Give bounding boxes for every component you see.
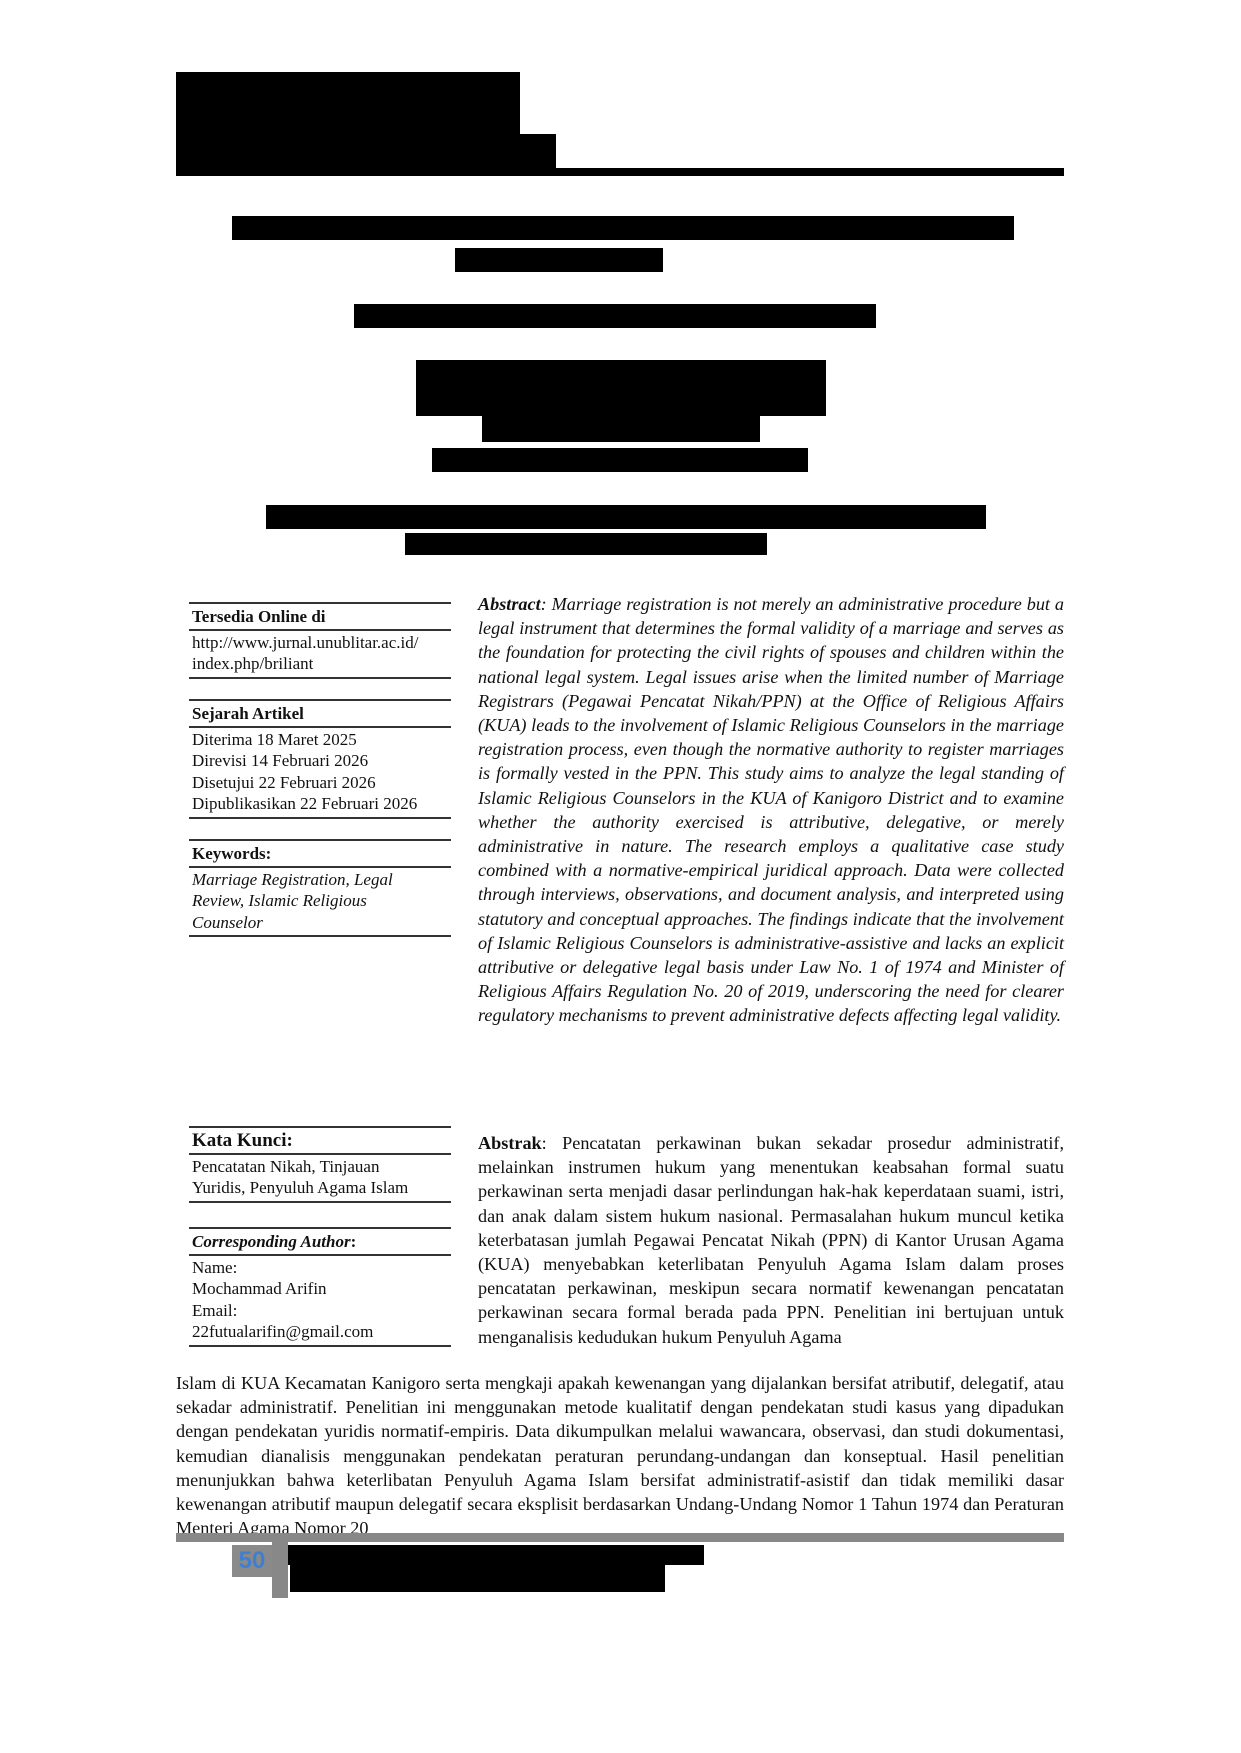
kata-kunci-line: Pencatatan Nikah, Tinjauan bbox=[192, 1156, 448, 1178]
author-email-label: Email: bbox=[192, 1300, 448, 1322]
abstrak-label: Abstrak bbox=[478, 1133, 542, 1153]
heading-colon: : bbox=[351, 1232, 357, 1251]
header-rule bbox=[176, 168, 1064, 176]
keywords-line: Review, Islamic Religious bbox=[192, 890, 448, 912]
footer-bar bbox=[176, 1533, 1064, 1542]
kata-kunci-line: Yuridis, Penyuluh Agama Islam bbox=[192, 1177, 448, 1199]
author-email[interactable]: 22futualarifin@gmail.com bbox=[192, 1321, 448, 1343]
history-revised: Direvisi 14 Februari 2026 bbox=[192, 750, 448, 772]
history-accepted: Disetujui 22 Februari 2026 bbox=[192, 772, 448, 794]
article-history-box: Sejarah Artikel Diterima 18 Maret 2025 D… bbox=[189, 699, 451, 819]
abstract-english: Abstract: Marriage registration is not m… bbox=[478, 592, 1064, 1028]
abstract-label: Abstract bbox=[478, 594, 541, 614]
abstract-indonesian-continued: Islam di KUA Kecamatan Kanigoro serta me… bbox=[176, 1371, 1064, 1540]
footer-vertical-bar bbox=[272, 1542, 288, 1598]
history-published: Dipublikasikan 22 Februari 2026 bbox=[192, 793, 448, 815]
corresponding-author-label: Corresponding Author bbox=[192, 1232, 351, 1251]
kata-kunci-box: Kata Kunci: Pencatatan Nikah, Tinjauan Y… bbox=[189, 1126, 451, 1203]
page-number: 50 bbox=[232, 1545, 272, 1577]
corresponding-author-box: Corresponding Author: Name: Mochammad Ar… bbox=[189, 1227, 451, 1347]
corresponding-author-heading: Corresponding Author: bbox=[189, 1229, 451, 1256]
kata-kunci-heading: Kata Kunci: bbox=[189, 1128, 451, 1155]
author-name: Mochammad Arifin bbox=[192, 1278, 448, 1300]
journal-url-cont[interactable]: index.php/briliant bbox=[192, 653, 448, 675]
keywords-line: Marriage Registration, Legal bbox=[192, 869, 448, 891]
abstrak-text: : Pencatatan perkawinan bukan sekadar pr… bbox=[478, 1133, 1064, 1347]
author-name-label: Name: bbox=[192, 1257, 448, 1279]
available-online-heading: Tersedia Online di bbox=[189, 604, 451, 631]
available-online-box: Tersedia Online di http://www.jurnal.unu… bbox=[189, 602, 451, 679]
keywords-heading: Keywords: bbox=[189, 841, 451, 868]
abstract-indonesian: Abstrak: Pencatatan perkawinan bukan sek… bbox=[478, 1131, 1064, 1349]
journal-url[interactable]: http://www.jurnal.unublitar.ac.id/ bbox=[192, 632, 448, 654]
article-history-heading: Sejarah Artikel bbox=[189, 701, 451, 728]
abstract-text: : Marriage registration is not merely an… bbox=[478, 594, 1064, 1025]
keywords-line: Counselor bbox=[192, 912, 448, 934]
history-received: Diterima 18 Maret 2025 bbox=[192, 729, 448, 751]
keywords-box: Keywords: Marriage Registration, Legal R… bbox=[189, 839, 451, 937]
